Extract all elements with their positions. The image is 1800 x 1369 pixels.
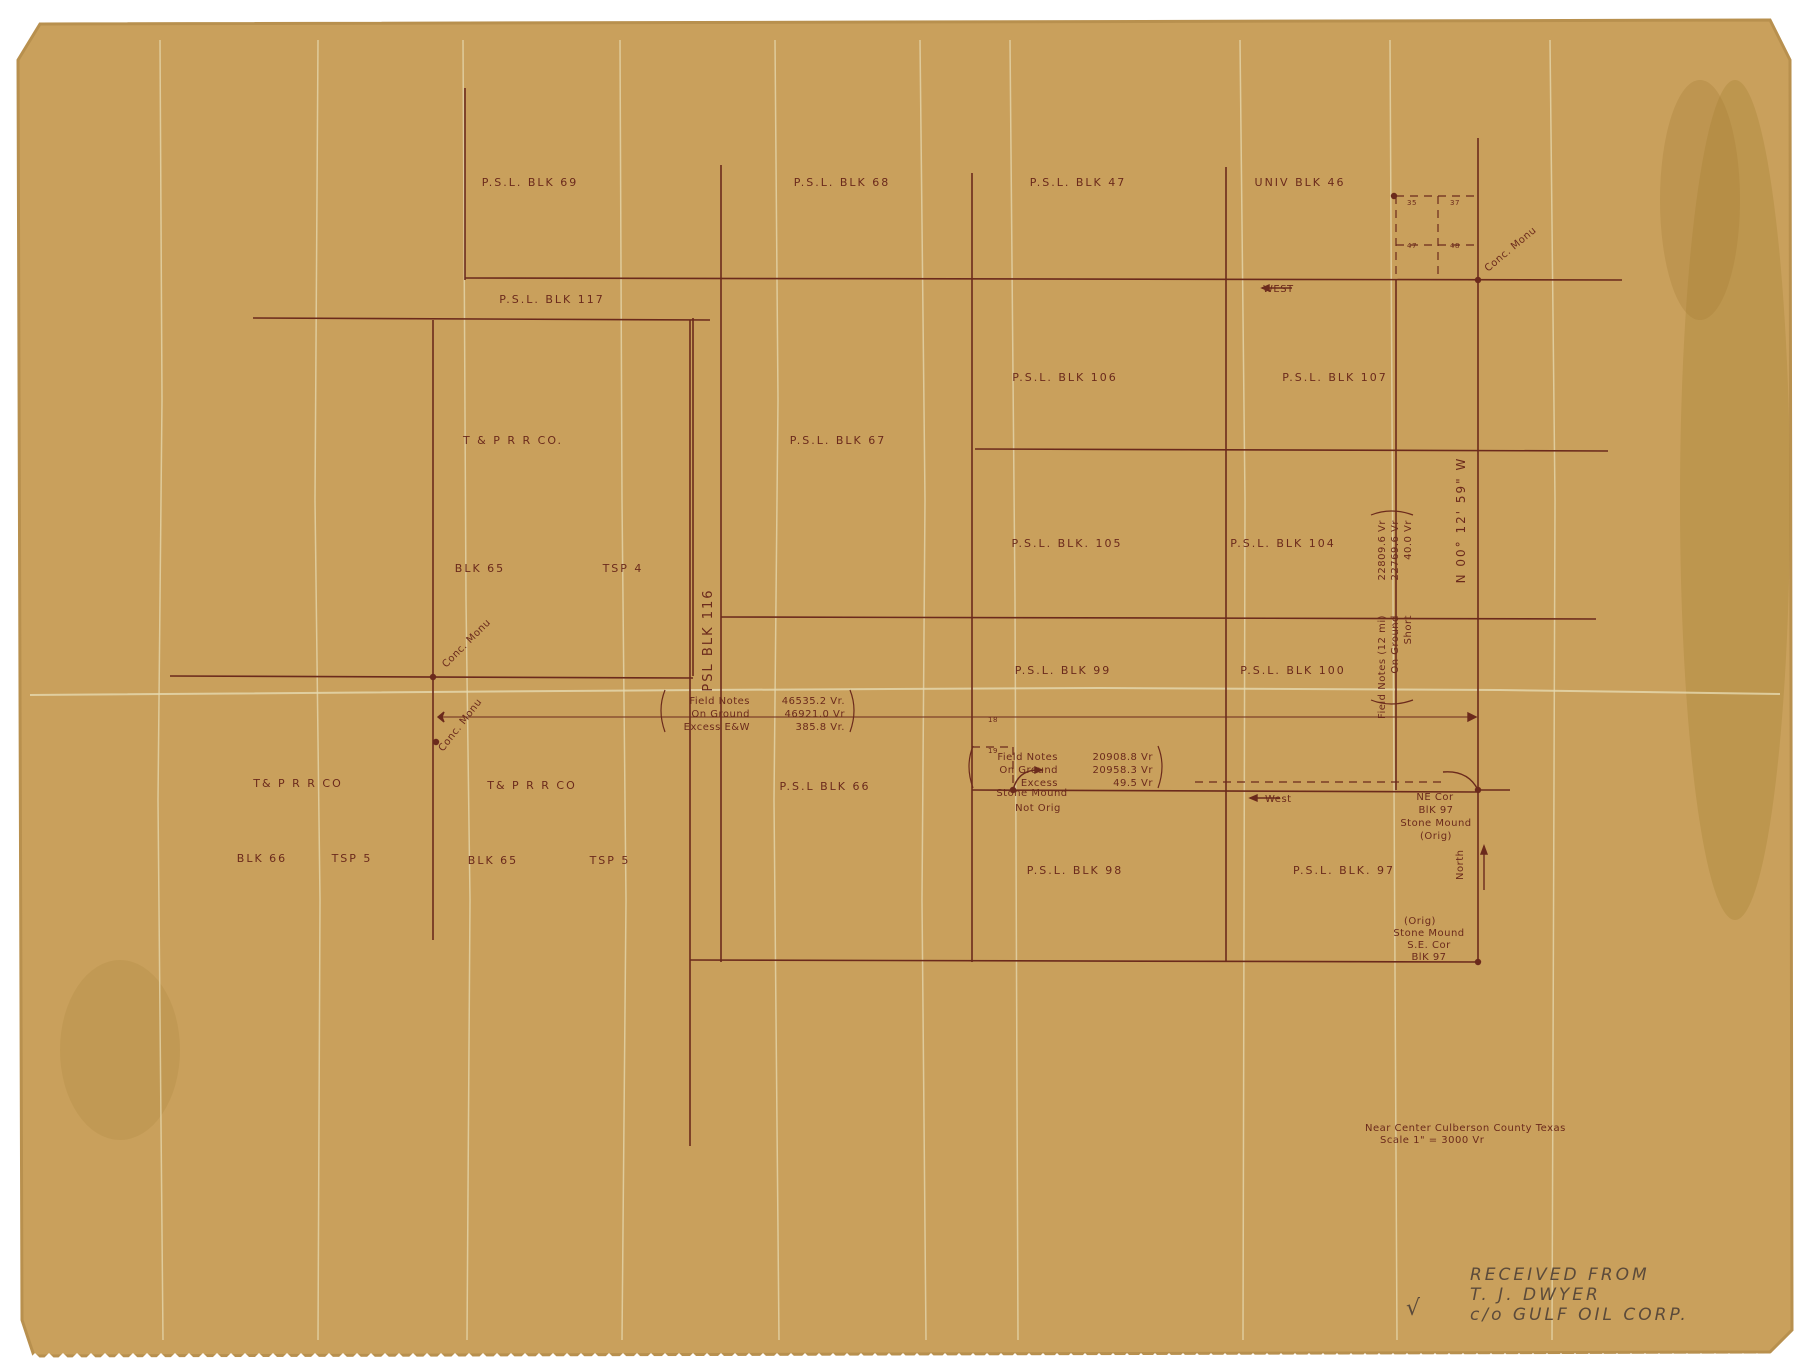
annotation-north-label: North — [1455, 850, 1466, 880]
monument-dot-icon — [430, 674, 436, 680]
paper-stain — [60, 960, 180, 1140]
annotation-west-arrow-mid-left: West — [1265, 794, 1292, 805]
annotation-se-cor-3: S.E. Cor — [1407, 940, 1451, 951]
block-label-tsp5-right: TSP 5 — [589, 854, 631, 867]
block-label-psl-blk-68: P.S.L. BLK 68 — [794, 176, 890, 189]
block-label-psl-blk-66: P.S.L BLK 66 — [780, 780, 871, 793]
block-label-blk-65-lower: BLK 65 — [468, 854, 518, 867]
section-number: 18 — [988, 716, 998, 724]
block-label-psl-blk-107: P.S.L. BLK 107 — [1282, 371, 1387, 384]
field-notes-value: 22769.6 Vr — [1390, 520, 1401, 581]
survey-map-canvas: P.S.L. BLK 69P.S.L. BLK 68P.S.L. BLK 47U… — [0, 0, 1800, 1369]
monument-dot-icon — [1391, 193, 1397, 199]
annotation-ne-cor-3: Stone Mound — [1400, 818, 1471, 829]
block-label-blk-66: BLK 66 — [237, 852, 287, 865]
rotated-label-bearing: N 00° 12' 59" W — [1454, 457, 1468, 584]
annotation-ne-cor-2: BlK 97 — [1418, 805, 1453, 816]
handwritten-line-3: c/o GULF OIL CORP. — [1470, 1305, 1689, 1325]
block-label-tp-rr-co-right: T& P R R CO — [486, 779, 577, 792]
annotation-ne-cor-4: (Orig) — [1420, 831, 1452, 842]
block-label-psl-blk-97: P.S.L. BLK. 97 — [1293, 864, 1395, 877]
block-label-psl-blk-105: P.S.L. BLK. 105 — [1012, 537, 1123, 550]
field-notes-value: 49.5 Vr — [1113, 778, 1153, 789]
handwritten-line-1: RECEIVED FROM — [1470, 1265, 1650, 1285]
annotation-ne-cor-1: NE Cor — [1416, 792, 1454, 803]
pinked-edge-bottom — [0, 1350, 1800, 1360]
block-label-tp-rr-co-upper: T & P R R CO. — [462, 434, 563, 447]
field-notes-value: 20958.3 Vr — [1093, 765, 1154, 776]
annotation-stone-mound-not-orig-1: Stone Mound — [996, 788, 1067, 799]
block-label-psl-blk-117: P.S.L. BLK 117 — [499, 293, 604, 306]
field-notes-label: Field Notes — [689, 696, 750, 707]
block-label-tsp5-left: TSP 5 — [331, 852, 373, 865]
block-label-tp-rr-co-left: T& P R R CO — [252, 777, 343, 790]
map-scale: Scale 1" = 3000 Vr — [1380, 1135, 1485, 1146]
field-notes-value: 385.8 Vr. — [795, 722, 845, 733]
field-notes-label: Short — [1403, 615, 1414, 644]
block-label-psl-blk-104: P.S.L. BLK 104 — [1230, 537, 1335, 550]
block-label-psl-blk-67: P.S.L. BLK 67 — [790, 434, 886, 447]
annotation-se-cor-2: Stone Mound — [1393, 928, 1464, 939]
field-notes-label: On Ground — [999, 765, 1058, 776]
field-notes-value: 22809.6 Vr — [1377, 520, 1388, 581]
field-notes-label: On Ground — [1390, 615, 1401, 674]
survey-map: P.S.L. BLK 69P.S.L. BLK 68P.S.L. BLK 47U… — [0, 0, 1800, 1369]
check-mark-icon: √ — [1406, 1296, 1423, 1321]
annotation-se-cor-1: (Orig) — [1404, 916, 1436, 927]
map-title: Near Center Culberson County Texas — [1365, 1123, 1566, 1134]
monument-dot-icon — [1475, 277, 1481, 283]
section-number: 48 — [1450, 242, 1460, 250]
section-number: 37 — [1450, 199, 1460, 207]
field-notes-value: 46921.0 Vr — [785, 709, 846, 720]
block-label-psl-blk-47: P.S.L. BLK 47 — [1030, 176, 1126, 189]
block-label-psl-blk-106: P.S.L. BLK 106 — [1012, 371, 1117, 384]
monument-dot-icon — [1475, 959, 1481, 965]
block-label-psl-blk-99: P.S.L. BLK 99 — [1015, 664, 1111, 677]
block-label-psl-blk-69: P.S.L. BLK 69 — [482, 176, 578, 189]
section-number: 47 — [1407, 242, 1417, 250]
paper-stain — [1660, 80, 1740, 320]
block-label-univ-blk-46: UNIV BLK 46 — [1255, 176, 1346, 189]
block-label-blk-65-upper: BLK 65 — [455, 562, 505, 575]
field-notes-label: Excess E&W — [684, 722, 750, 733]
rotated-label-psl-blk-116: PSL BLK 116 — [701, 588, 716, 691]
handwritten-line-2: T. J. DWYER — [1470, 1285, 1601, 1305]
annotation-stone-mound-not-orig-2: Not Orig — [1015, 803, 1061, 814]
field-notes-value: 40.0 Vr — [1403, 520, 1414, 560]
field-notes-label: On Ground — [691, 709, 750, 720]
field-notes-label: Field Notes — [997, 752, 1058, 763]
field-notes-value: 20908.8 Vr — [1093, 752, 1154, 763]
block-label-psl-blk-98: P.S.L. BLK 98 — [1027, 864, 1123, 877]
block-label-psl-blk-100: P.S.L. BLK 100 — [1240, 664, 1345, 677]
section-number: 35 — [1407, 199, 1417, 207]
annotation-se-cor-4: BlK 97 — [1411, 952, 1446, 963]
field-notes-value: 46535.2 Vr. — [782, 696, 845, 707]
block-label-tsp-4: TSP 4 — [602, 562, 644, 575]
